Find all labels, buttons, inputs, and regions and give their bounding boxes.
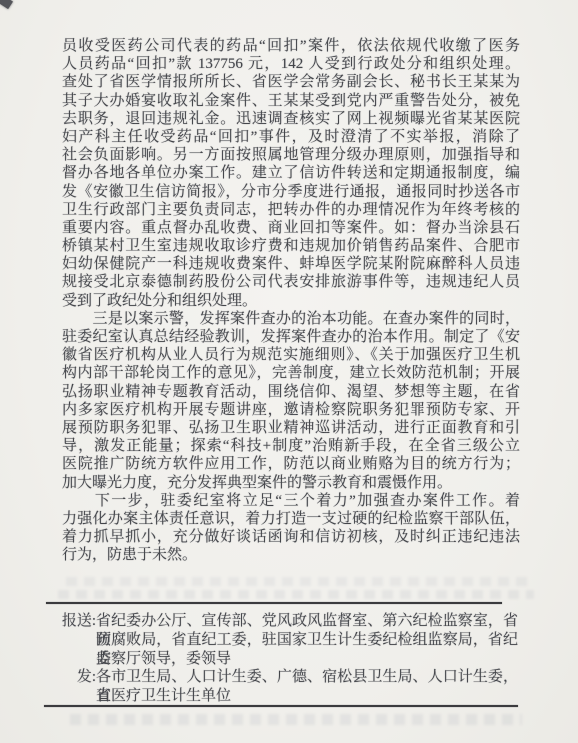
report-to-label: 报送: [56,612,96,631]
report-to-line: 防腐败局，省直纪工委，驻国家卫生计生委纪检组监察局，省纪委 [96,631,518,650]
body-text-line: 卫生行政部门主要负责同志，把转办件的办理情况作为年终考核的 [62,201,520,219]
body-text-line: 妇幼保健院产一科违规收费案件、蚌埠医学院某附院麻醉科人员违 [62,255,520,273]
bleedthrough-ghost-bottom [70,714,522,725]
send-to-line: 直医疗卫生计生单位 [96,687,518,706]
document-body: 员收受医药公司代表的药品“回扣”案件，依法依规代收缴了医务人员药品“回扣”款 1… [62,37,520,564]
scan-corner-mark [0,0,13,9]
body-text-line: 医院推广防统方软件应用工作，防范以商业贿赂为目的统方行为； [62,455,520,473]
body-text-line: 规接受北京泰德制药股份公司代表安排旅游事件等，违规违纪人员 [62,273,520,291]
body-text-line: 其子大办婚宴收取礼金案件、王某某受到党内严重警告处分，被免 [62,92,520,110]
body-text-line: 去职务，退回违规礼金。迅速调查核实了网上视频曝光省某某医院 [62,110,520,128]
body-text-line: 驻委纪室认真总结经验教训，发挥案件查办的治本作用。制定了《安 [62,328,520,346]
body-text-line: 妇产科主任收受药品“回扣”事件，及时澄清了不实举报，消除了 [62,128,520,146]
body-text-line: 内多家医疗机构开展专题讲座，邀请检察院职务犯罪预防专家、开 [62,401,520,419]
body-text-line: 加大曝光力度，充分发挥典型案件的警示教育和震慑作用。 [62,474,520,492]
body-text-line: 桥镇某村卫生室违规收取诊疗费和违规加价销售药品案件、合肥市 [62,237,520,255]
body-text-line: 社会负面影响。另一方面按照属地管理分级办理原则，加强指导和 [62,146,520,164]
report-to-row: 报送: 省纪委办公厅、宣传部、党风政风监督室、第六纪检监察室，省预防腐败局，省直… [56,612,518,668]
bleedthrough-ghost-top-2 [58,590,534,599]
body-text-line: 受到了政纪处分和组织处理。 [62,292,520,310]
footer-divider-bottom [44,705,518,707]
body-text-line: 力强化办案主体责任意识，着力打造一支过硬的纪检监察干部队伍， [62,510,520,528]
body-text-line: 重要内容。重点督办乱收费、商业回扣等案件。如：督办当涂县石 [62,219,520,237]
body-text-line: 着力抓早抓小，充分做好谈话函询和信访初核，及时纠正违纪违法 [62,528,520,546]
scanned-document-page: 员收受医药公司代表的药品“回扣”案件，依法依规代收缴了医务人员药品“回扣”款 1… [0,0,578,743]
body-text-line: 三是以案示警，发挥案件查办的治本功能。在查办案件的同时， [62,310,520,328]
body-text-line: 行为，防患于未然。 [62,546,520,564]
body-text-line: 督办各地各单位办案工作。建立了信访件转送和定期通报制度，编 [62,164,520,182]
body-text-line: 展预防职务犯罪、弘扬卫生职业精神巡讲活动，进行正面教育和引 [62,419,520,437]
body-text-line: 构内部干部轮岗工作的意见》，完善制度，建立长效防范机制；开展 [62,364,520,382]
body-text-line: 发《安徽卫生信访简报》，分市分季度进行通报，通报同时抄送各市 [62,183,520,201]
bleedthrough-ghost-top-1 [66,577,534,586]
send-to-row: 发: 各市卫生局、人口计生委、广德、宿松县卫生局、人口计生委，省直医疗卫生计生单… [56,668,518,706]
body-text-line: 导，激发正能量；探索“科技+制度”治贿新手段，在全省三级公立 [62,437,520,455]
report-to-content: 省纪委办公厅、宣传部、党风政风监督室、第六纪检监察室，省预防腐败局，省直纪工委，… [96,612,518,668]
body-text-line: 查处了省医学情报所所长、省医学会常务副会长、秘书长王某某为 [62,73,520,91]
report-to-line: 省纪委办公厅、宣传部、党风政风监督室、第六纪检监察室，省预 [96,612,518,631]
body-text-line: 人员药品“回扣”款 137756 元，142 人受到行政处分和组织处理。 [62,55,520,73]
footer-divider-top [46,602,502,604]
body-text-line: 徽省医疗机构从业人员行为规范实施细则》、《关于加强医疗卫生机 [62,346,520,364]
body-text-line: 弘扬职业精神专题教育活动，围绕信仰、渴望、梦想等主题，在省 [62,383,520,401]
send-to-label: 发: [56,668,96,687]
report-to-line: 监察厅领导，委领导 [96,650,518,669]
document-footer: 报送: 省纪委办公厅、宣传部、党风政风监督室、第六纪检监察室，省预防腐败局，省直… [56,612,518,706]
send-to-content: 各市卫生局、人口计生委、广德、宿松县卫生局、人口计生委，省直医疗卫生计生单位 [96,668,518,706]
send-to-line: 各市卫生局、人口计生委、广德、宿松县卫生局、人口计生委，省 [96,668,518,687]
body-text-line: 员收受医药公司代表的药品“回扣”案件，依法依规代收缴了医务 [62,37,520,55]
body-text-line: 下一步，驻委纪室将立足“三个着力”加强查办案件工作。着 [62,492,520,510]
